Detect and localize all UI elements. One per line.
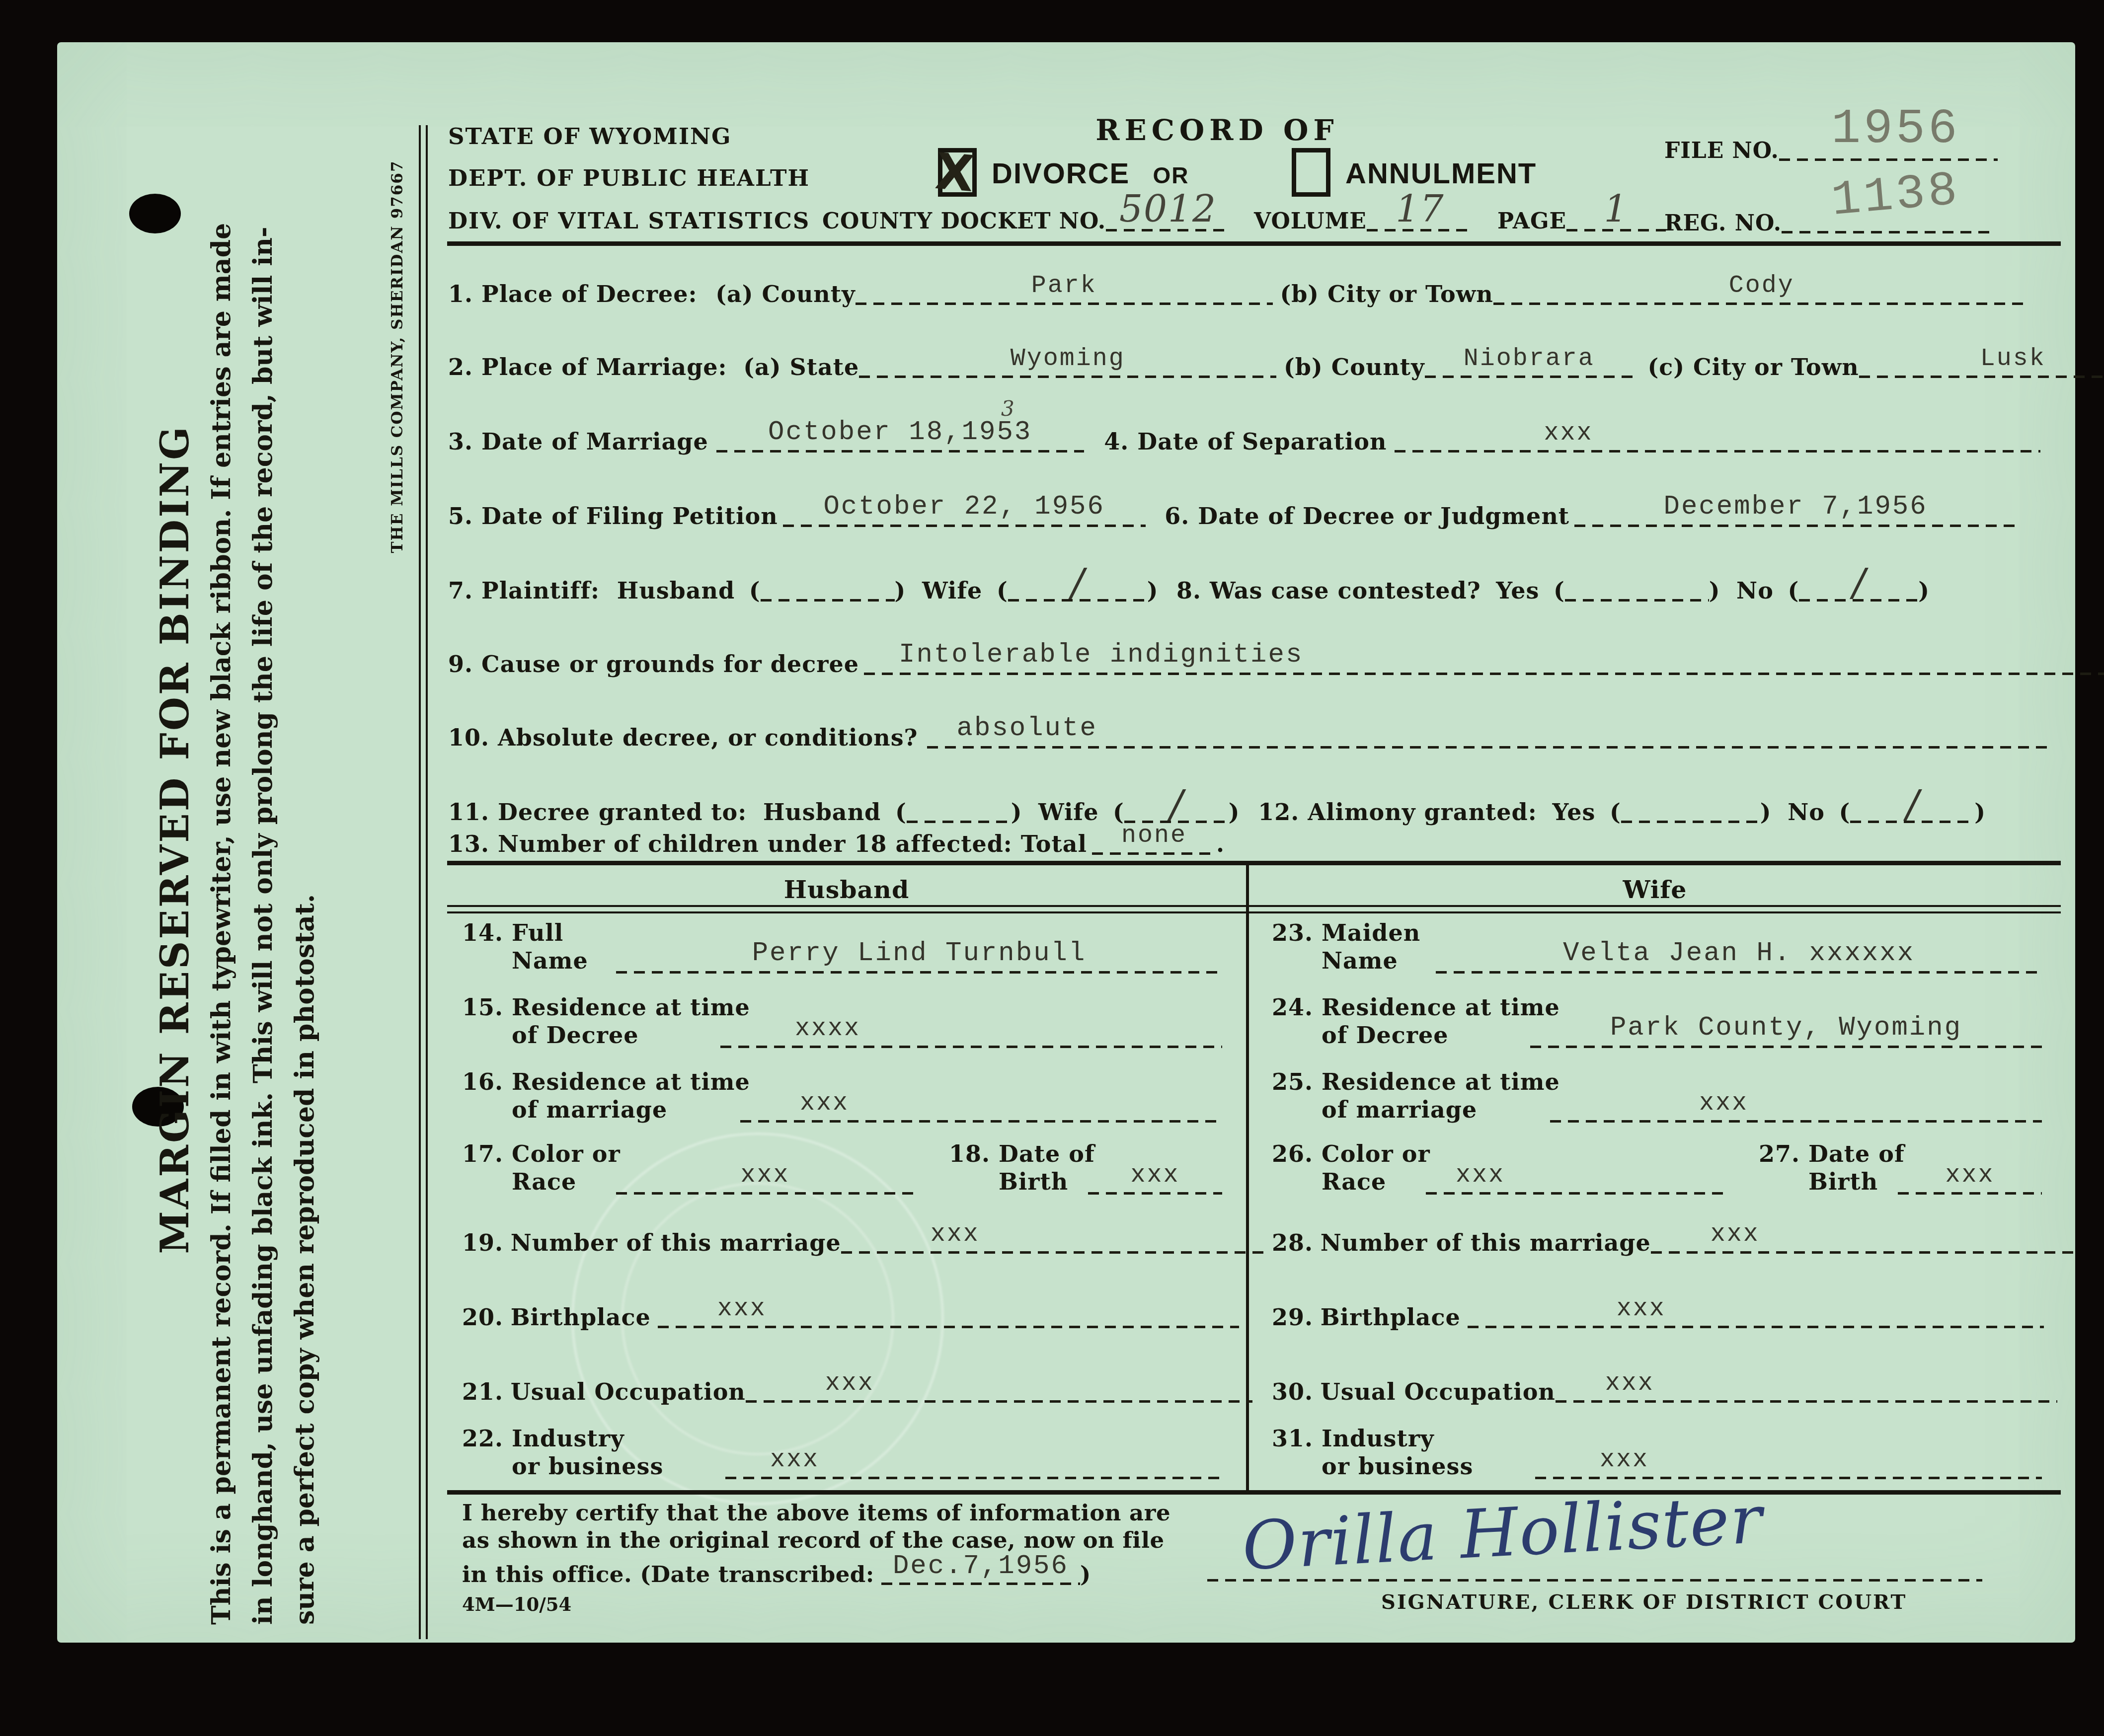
scanned-divorce-record: { "form": { "colors": { "background": "#…	[0, 0, 2104, 1736]
no-option-label: No	[1736, 577, 1774, 604]
binding-note-line: in longhand, use unfading black ink. Thi…	[242, 223, 284, 1625]
state-of-marriage-value: Wyoming	[859, 345, 1276, 373]
city-of-marriage-value: Lusk	[1859, 345, 2104, 373]
certification-line-1: I hereby certify that the above items of…	[462, 1499, 1170, 1526]
punch-hole-top	[129, 194, 181, 233]
reg-no-row: REG. NO.1138	[1664, 211, 1995, 236]
absolute-decree-value: absolute	[927, 713, 2050, 744]
husband-birthdate-value: xxx	[1088, 1161, 1222, 1190]
volume-label: VOLUME	[1254, 209, 1367, 234]
wife-birthdate-value: xxx	[1898, 1161, 2042, 1190]
husband-full-name-blank: Perry Lind Turnbull	[616, 966, 1222, 974]
field-label: 1. Place of Decree:	[448, 281, 698, 307]
binding-note-line: sure a perfect copy when reproduced in p…	[284, 223, 326, 1625]
paren: )	[1229, 799, 1240, 826]
field-label: 9. Cause or grounds for decree	[448, 651, 859, 678]
signature-caption: SIGNATURE, CLERK OF DISTRICT COURT	[1381, 1590, 1907, 1614]
row-16-label: 16. Residence at time of marriage	[462, 1068, 750, 1124]
date-transcribed-value: Dec.7,1956	[881, 1553, 1080, 1580]
wife-occupation-value: xxx	[1556, 1369, 2057, 1398]
wife-maiden-name-blank: Velta Jean H. xxxxxx	[1436, 966, 2042, 974]
husband-option-label: Husband	[763, 799, 881, 826]
paren: )	[1011, 799, 1022, 826]
husband-birthplace-value: xxx	[658, 1295, 1239, 1323]
binding-note-line: This is a permanent record. If filled in…	[201, 223, 242, 1625]
husband-race-blank: xxx	[616, 1187, 914, 1195]
field-sublabel: (a) County	[715, 281, 856, 307]
husband-residence-decree-blank: xxxx	[720, 1040, 1222, 1048]
wife-column-header: Wife	[1249, 875, 2061, 904]
wife-residence-decree-value: Park County, Wyoming	[1530, 1013, 2042, 1043]
field-label: 7. Plaintiff:	[448, 577, 600, 604]
paren: (	[997, 577, 1008, 604]
date-of-filing-value: October 22, 1956	[783, 492, 1146, 522]
wife-residence-marriage-blank: xxx	[1550, 1115, 2042, 1123]
field-sublabel: (a) State	[743, 354, 859, 380]
reg-no-label: REG. NO.	[1664, 211, 1782, 236]
table-bottom-rule	[447, 1490, 2061, 1495]
no-option-label: No	[1788, 799, 1825, 826]
field-label: 4. Date of Separation	[1104, 428, 1387, 455]
husband-residence-decree-value: xxxx	[720, 1015, 1222, 1043]
annulment-label: ANNULMENT	[1345, 157, 1537, 190]
row-17-label: 17. Color or Race	[462, 1140, 621, 1196]
paren: (	[1554, 577, 1565, 604]
yes-option-label: Yes	[1552, 799, 1595, 826]
field-plaintiff-contested: 7. Plaintiff: Husband () Wife (/) 8. Was…	[448, 577, 1930, 604]
wife-marriage-number-value: xxx	[1651, 1220, 2073, 1249]
wife-industry-blank: xxx	[1535, 1471, 2042, 1479]
docket-value: 5012	[1106, 188, 1230, 230]
paren: (	[749, 577, 761, 604]
docket-row: COUNTY DOCKET NO.5012 VOLUME17 PAGE1	[822, 209, 1666, 234]
row-22-label: 22. Industry or business	[462, 1425, 663, 1480]
field-label: 5. Date of Filing Petition	[448, 503, 778, 529]
row-21: 21. Usual Occupationxxx	[462, 1378, 1252, 1405]
husband-marriage-number-value: xxx	[841, 1220, 1268, 1249]
paren: (	[895, 799, 907, 826]
printer-credit: THE MILLS COMPANY, SHERIDAN 97667	[389, 160, 406, 553]
binding-margin-note: This is a permanent record. If filled in…	[201, 223, 326, 1625]
row-14-label: 14. Full Name	[462, 919, 588, 975]
field-sublabel: (b) City or Town	[1280, 281, 1493, 307]
or-label: OR	[1153, 162, 1189, 188]
field-marriage-separation-dates: 3. Date of MarriageOctober 18,19533 4. D…	[448, 428, 2040, 455]
row-18-label: 18. Date of Birth	[949, 1140, 1095, 1196]
binding-margin-title: MARGIN RESERVED FOR BINDING	[153, 425, 198, 1254]
paren: (	[1788, 577, 1799, 604]
paren: )	[895, 577, 906, 604]
row-24-label: 24. Residence at time of Decree	[1272, 993, 1560, 1049]
field-label: 10. Absolute decree, or conditions?	[448, 724, 918, 751]
county-of-decree-value: Park	[856, 272, 1273, 300]
yes-option-label: Yes	[1496, 577, 1539, 604]
header-rule	[447, 241, 2061, 246]
wife-race-blank: xxx	[1426, 1187, 1724, 1195]
wife-birthplace-value: xxx	[1468, 1295, 2044, 1323]
date-of-separation-value: xxx	[1395, 419, 2040, 448]
husband-residence-marriage-value: xxx	[740, 1089, 1222, 1118]
divorce-checkbox: X	[938, 148, 977, 197]
table-top-rule	[447, 861, 2061, 865]
row-15-label: 15. Residence at time of Decree	[462, 993, 750, 1049]
row-30: 30. Usual Occupationxxx	[1272, 1378, 2057, 1405]
row-23-label: 23. Maiden Name	[1272, 919, 1420, 975]
divorce-label: DIVORCE	[992, 157, 1130, 190]
row-28: 28. Number of this marriagexxx	[1272, 1229, 2073, 1256]
field-absolute-decree: 10. Absolute decree, or conditions?absol…	[448, 724, 2050, 751]
field-filing-decree-dates: 5. Date of Filing PetitionOctober 22, 19…	[448, 503, 2017, 529]
divorce-check-mark: X	[933, 142, 976, 203]
paren: )	[1709, 577, 1720, 604]
divorce-or-labels: DIVORCE OR	[992, 157, 1189, 190]
form-title: RECORD OF	[1013, 113, 1421, 147]
file-no-value: 1956	[1794, 102, 1998, 157]
paren: )	[1147, 577, 1159, 604]
agency-line-1: STATE OF WYOMING	[448, 123, 732, 150]
children-total-value: none	[1092, 822, 1216, 850]
field-decree-granted-alimony: 11. Decree granted to: Husband () Wife (…	[448, 799, 1986, 826]
field-place-of-decree: 1. Place of Decree: (a) CountyPark (b) C…	[448, 281, 2030, 307]
wife-industry-value: xxx	[1535, 1446, 2042, 1474]
row-31-label: 31. Industry or business	[1272, 1425, 1473, 1480]
row-27-label: 27. Date of Birth	[1759, 1140, 1905, 1196]
city-of-decree-value: Cody	[1493, 272, 2030, 300]
wife-residence-marriage-value: xxx	[1550, 1089, 2042, 1118]
wife-birthdate-blank: xxx	[1898, 1187, 2042, 1195]
no-alimony-mark: /	[1850, 782, 1974, 826]
page-label: PAGE	[1497, 209, 1566, 234]
wife-option-label: Wife	[922, 577, 982, 604]
form-number: 4M—10/54	[462, 1593, 571, 1615]
date-of-marriage-value: October 18,1953	[716, 417, 1084, 448]
paren: (	[1610, 799, 1621, 826]
file-no-row: FILE NO.1956	[1664, 138, 1998, 163]
husband-full-name-value: Perry Lind Turnbull	[616, 938, 1222, 969]
row-25-label: 25. Residence at time of marriage	[1272, 1068, 1560, 1124]
agency-line-3: DIV. OF VITAL STATISTICS	[448, 208, 810, 234]
wife-maiden-name-value: Velta Jean H. xxxxxx	[1436, 938, 2042, 969]
paren: )	[1760, 799, 1772, 826]
certification-line-3: in this office. (Date transcribed:Dec.7,…	[462, 1561, 1170, 1588]
husband-race-value: xxx	[616, 1161, 914, 1190]
field-children-affected: 13. Number of children under 18 affected…	[448, 830, 1225, 857]
paren: )	[1918, 577, 1930, 604]
husband-column-header: Husband	[447, 875, 1246, 904]
field-label: 3. Date of Marriage	[448, 428, 708, 455]
field-label: 6. Date of Decree or Judgment	[1165, 503, 1569, 529]
wife-race-value: xxx	[1426, 1161, 1724, 1190]
margin-divider-rule	[419, 125, 428, 1639]
handwritten-superscript: 3	[1001, 396, 1014, 421]
not-contested-mark: /	[1799, 560, 1918, 604]
row-20: 20. Birthplacexxx	[462, 1304, 1239, 1331]
cause-value: Intolerable indignities	[864, 640, 2104, 670]
agency-line-2: DEPT. OF PUBLIC HEALTH	[448, 165, 810, 191]
row-19: 19. Number of this marriagexxx	[462, 1229, 1268, 1256]
field-label: 11. Decree granted to:	[448, 799, 747, 826]
row-29: 29. Birthplacexxx	[1272, 1304, 2044, 1331]
husband-industry-value: xxx	[725, 1446, 1222, 1474]
husband-option-label: Husband	[617, 577, 735, 604]
wife-residence-decree-blank: Park County, Wyoming	[1530, 1040, 2042, 1048]
husband-birthdate-blank: xxx	[1088, 1187, 1222, 1195]
page-value: 1	[1566, 188, 1666, 230]
field-label: 13. Number of children under 18 affected…	[448, 830, 1087, 857]
field-label: 2. Place of Marriage:	[448, 354, 727, 380]
period: .	[1216, 830, 1225, 857]
annulment-checkbox	[1292, 148, 1330, 197]
field-place-of-marriage: 2. Place of Marriage: (a) StateWyoming (…	[448, 354, 2104, 380]
field-sublabel: (c) City or Town	[1647, 354, 1859, 380]
paren: )	[1974, 799, 1986, 826]
wife-option-label: Wife	[1038, 799, 1098, 826]
wife-plaintiff-mark: /	[1008, 560, 1147, 604]
docket-label: COUNTY DOCKET NO.	[822, 209, 1106, 234]
field-cause-for-decree: 9. Cause or grounds for decreeIntolerabl…	[448, 651, 2104, 678]
field-label: 12. Alimony granted:	[1258, 799, 1537, 826]
county-of-marriage-value: Niobrara	[1425, 345, 1634, 373]
husband-industry-blank: xxx	[725, 1471, 1222, 1479]
field-label: 8. Was case contested?	[1176, 577, 1481, 604]
signature-line	[1207, 1579, 1982, 1582]
certification-line-2: as shown in the original record of the c…	[462, 1526, 1170, 1554]
certification-text: I hereby certify that the above items of…	[462, 1499, 1170, 1588]
volume-value: 17	[1367, 188, 1474, 230]
field-sublabel: (b) County	[1284, 354, 1425, 380]
husband-residence-marriage-blank: xxx	[740, 1115, 1222, 1123]
paren: (	[1839, 799, 1851, 826]
date-of-decree-value: December 7,1956	[1574, 492, 2017, 522]
husband-occupation-value: xxx	[746, 1369, 1252, 1398]
wife-granted-mark: /	[1124, 782, 1229, 826]
table-header-double-rule	[447, 905, 2061, 913]
row-26-label: 26. Color or Race	[1272, 1140, 1430, 1196]
file-no-label: FILE NO.	[1664, 138, 1779, 163]
